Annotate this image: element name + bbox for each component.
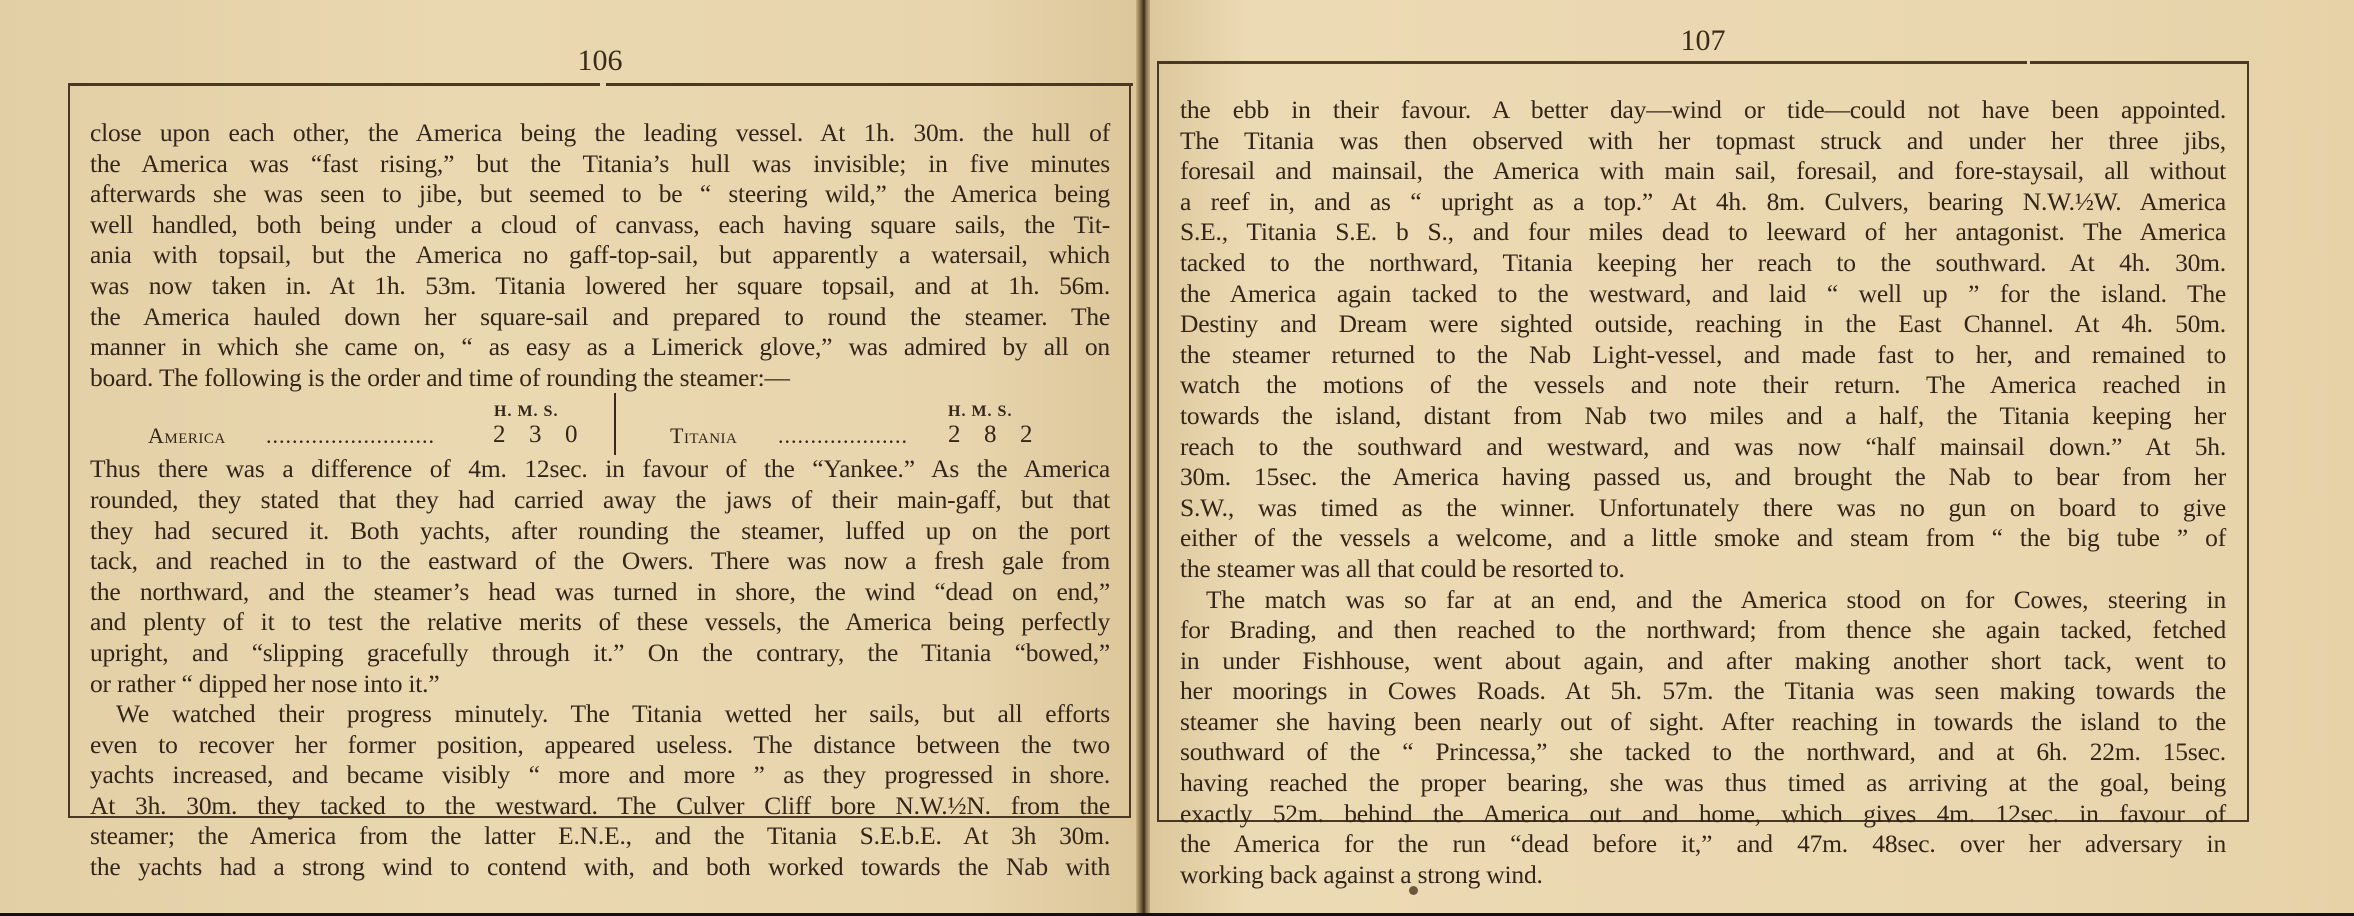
text-line: foresail and mainsail, the America with … — [1180, 156, 2226, 187]
text-line: working back against a strong wind. — [1180, 860, 2226, 891]
text-line: tack, and reached in to the eastward of … — [90, 546, 1110, 577]
frame-right-border — [2247, 63, 2249, 821]
text-line: her moorings in Cowes Roads. At 5h. 57m.… — [1180, 676, 2226, 707]
hours-value: 2 — [948, 420, 960, 451]
text-line: reach to the southward and westward, and… — [1180, 432, 2226, 463]
text-line: S.E., Titania S.E. b S., and four miles … — [1180, 217, 2226, 248]
page-106: 106 close upon each other, the America b… — [0, 0, 1138, 913]
text-line: watch the motions of the vessels and not… — [1180, 370, 2226, 401]
text-line: upright, and “slipping gracefully throug… — [90, 638, 1110, 669]
header-rule — [1157, 61, 2027, 64]
text-line: close upon each other, the America being… — [90, 118, 1110, 149]
text-line: the ebb in their favour. A better day—wi… — [1180, 95, 2226, 126]
header-rule — [606, 83, 1133, 86]
text-line: afterwards she was seen to jibe, but see… — [90, 179, 1110, 210]
text-line: southward of the “ Princessa,” she tacke… — [1180, 737, 2226, 768]
text-line: for Brading, and then reached to the nor… — [1180, 615, 2226, 646]
vessel-name: America — [148, 421, 226, 452]
text-line: the America again tacked to the westward… — [1180, 279, 2226, 310]
leader-dots: .......................... — [266, 421, 435, 452]
text-line: the steamer returned to the Nab Light-ve… — [1180, 340, 2226, 371]
text-line: At 3h. 30m. they tacked to the westward.… — [90, 791, 1110, 822]
text-line: The Titania was then observed with her t… — [1180, 126, 2226, 157]
text-line: and plenty of it to test the relative me… — [90, 607, 1110, 638]
text-line: tacked to the northward, Titania keeping… — [1180, 248, 2226, 279]
page-106-body: close upon each other, the America being… — [90, 118, 1110, 883]
text-line: towards the island, distant from Nab two… — [1180, 401, 2226, 432]
vessel-name: Titania — [670, 421, 737, 452]
page-107: 107 the ebb in their favour. A better da… — [1150, 0, 2354, 913]
leader-dots: .................... — [778, 421, 908, 452]
text-line: Destiny and Dream were sighted outside, … — [1180, 309, 2226, 340]
text-line: exactly 52m. behind the America out and … — [1180, 799, 2226, 830]
text-line: in under Fishhouse, went about again, an… — [1180, 646, 2226, 677]
text-line: 30m. 15sec. the America having passed us… — [1180, 462, 2226, 493]
text-line: rounded, they stated that they had carri… — [90, 485, 1110, 516]
rounding-times-table: H. M. S. America .......................… — [90, 393, 1110, 454]
text-line: We watched their progress minutely. The … — [90, 699, 1110, 730]
text-line: the steamer was all that could be resort… — [1180, 554, 2226, 585]
text-line: S.W., was timed as the winner. Unfortuna… — [1180, 493, 2226, 524]
page-number: 106 — [578, 44, 623, 78]
text-line: manner in which she came on, “ as easy a… — [90, 332, 1110, 363]
text-line: the northward, and the steamer’s head wa… — [90, 577, 1110, 608]
text-line: was now taken in. At 1h. 53m. Titania lo… — [90, 271, 1110, 302]
text-line: a reef in, and as “ upright as a top.” A… — [1180, 187, 2226, 218]
ink-blot — [1409, 886, 1418, 895]
header-rule — [2030, 61, 2249, 64]
page-number: 107 — [1681, 24, 1726, 58]
text-line: the America for the run “dead before it,… — [1180, 829, 2226, 860]
minutes-value: 8 — [984, 420, 996, 451]
page-107-body: the ebb in their favour. A better day—wi… — [1180, 95, 2226, 890]
text-line: board. The following is the order and ti… — [90, 363, 1110, 394]
text-line: the yachts had a strong wind to contend … — [90, 852, 1110, 883]
rounding-entry-america: H. M. S. America .......................… — [90, 393, 614, 454]
text-line: steamer; the America from the latter E.N… — [90, 821, 1110, 852]
text-line: The match was so far at an end, and the … — [1180, 585, 2226, 616]
text-line: either of the vessels a welcome, and a l… — [1180, 523, 2226, 554]
rounding-entry-titania: H. M. S. Titania .................... 2 … — [616, 393, 1110, 454]
frame-left-border — [68, 84, 70, 818]
text-line: even to recover her former position, app… — [90, 730, 1110, 761]
text-line: or rather “ dipped her nose into it.” — [90, 669, 1110, 700]
hours-value: 2 — [493, 420, 505, 451]
text-line: yachts increased, and became visibly “ m… — [90, 760, 1110, 791]
text-line: ania with topsail, but the America no ga… — [90, 240, 1110, 271]
text-line: the America was “fast rising,” but the T… — [90, 149, 1110, 180]
text-line: well handled, both being under a cloud o… — [90, 210, 1110, 241]
frame-left-border — [1157, 63, 1159, 821]
text-line: steamer she having been nearly out of si… — [1180, 707, 2226, 738]
seconds-value: 0 — [565, 420, 577, 451]
minutes-value: 3 — [529, 420, 541, 451]
header-rule — [68, 83, 600, 86]
text-line: Thus there was a difference of 4m. 12sec… — [90, 454, 1110, 485]
seconds-value: 2 — [1020, 420, 1032, 451]
text-line: the America hauled down her square-sail … — [90, 302, 1110, 333]
text-line: they had secured it. Both yachts, after … — [90, 516, 1110, 547]
text-line: having reached the proper bearing, she w… — [1180, 768, 2226, 799]
frame-right-border — [1129, 84, 1131, 818]
